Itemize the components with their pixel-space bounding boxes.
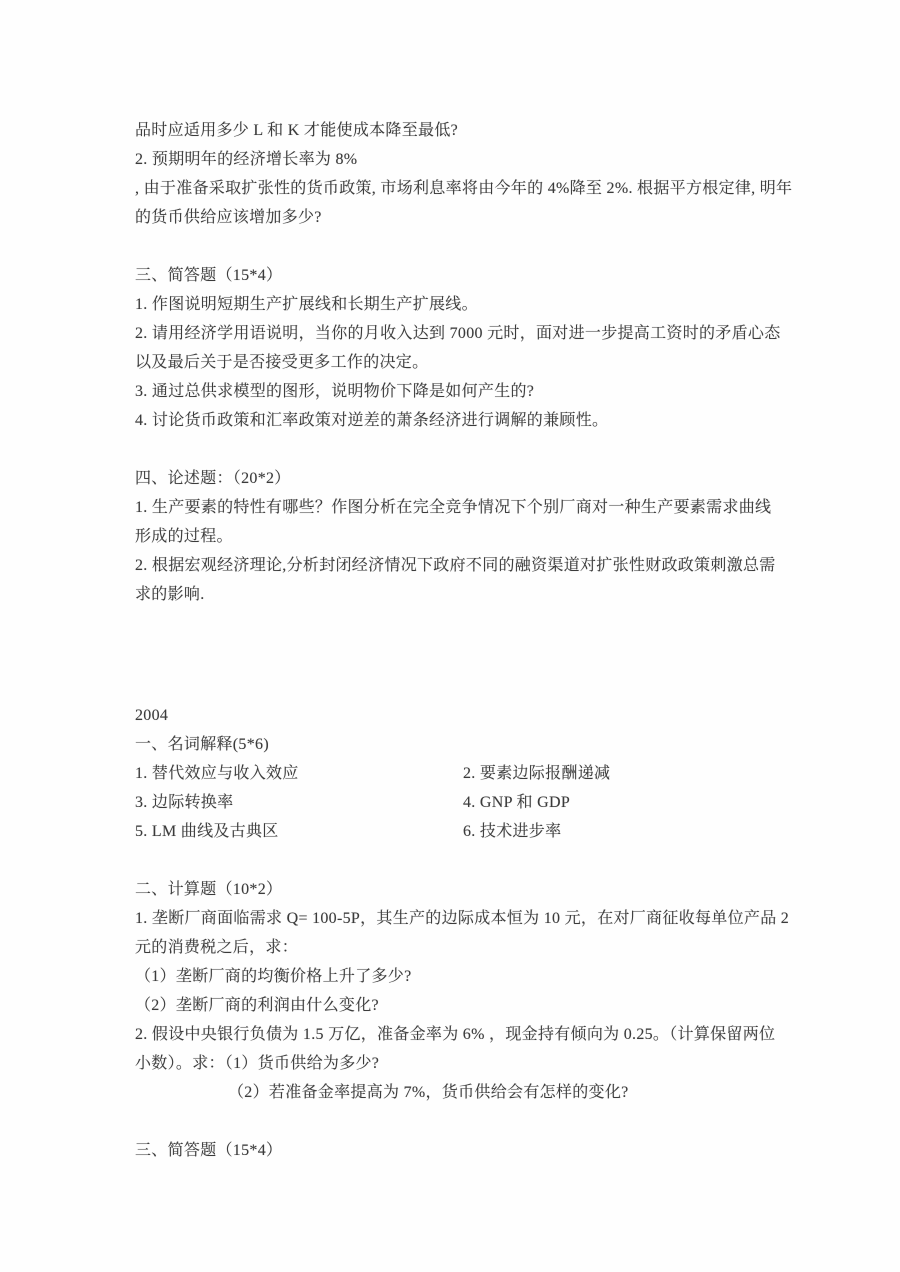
calc2004-q1-line1: 1. 垄断厂商面临需求 Q= 100-5P，其生产的边际成本恒为 10 元，在对… (135, 904, 783, 933)
terms-row2: 3. 边际转换率4. GNP 和 GDP (135, 788, 783, 817)
terms-item-1: 1. 替代效应与收入效应 (135, 759, 463, 788)
terms-heading: 一、名词解释(5*6) (135, 730, 783, 759)
calc-question2-line2: , 由于准备采取扩张性的货币政策, 市场利息率将由今年的 4%降至 2%. 根据… (135, 174, 783, 203)
calc2004-q2-line2-sub1: 小数）。求：（1）货币供给为多少? (135, 1049, 783, 1078)
essay-prev-item1: 1. 生产要素的特性有哪些？作图分析在完全竞争情况下个别厂商对一种生产要素需求曲… (135, 493, 783, 522)
terms-row3: 5. LM 曲线及古典区6. 技术进步率 (135, 817, 783, 846)
short-answer-prev-item3: 3. 通过总供求模型的图形，说明物价下降是如何产生的? (135, 377, 783, 406)
terms-item-5: 5. LM 曲线及古典区 (135, 817, 463, 846)
calc2004-q2-sub2: （2）若准备金率提高为 7%，货币供给会有怎样的变化? (135, 1078, 783, 1107)
terms-item-3: 3. 边际转换率 (135, 788, 463, 817)
short-answer-prev-item2-cont: 以及最后关于是否接受更多工作的决定。 (135, 348, 783, 377)
terms-item-4: 4. GNP 和 GDP (463, 794, 570, 811)
calc-question2-line3: 的货币供给应该增加多少? (135, 203, 783, 232)
calc2004-heading: 二、计算题（10*2） (135, 875, 783, 904)
calc2004-q2-line1: 2. 假设中央银行负债为 1.5 万亿，准备金率为 6% ，现金持有倾向为 0.… (135, 1020, 783, 1049)
calc2004-q1-line2: 元的消费税之后，求： (135, 933, 783, 962)
short-answer-prev-item4: 4. 讨论货币政策和汇率政策对逆差的萧条经济进行调解的兼顾性。 (135, 406, 783, 435)
calc-question2-line1: 2. 预期明年的经济增长率为 8% (135, 145, 783, 174)
essay-prev-item1-cont: 形成的过程。 (135, 522, 783, 551)
essay-prev-item2: 2. 根据宏观经济理论,分析封闭经济情况下政府不同的融资渠道对扩张性财政政策刺激… (135, 551, 783, 580)
exam-page: 品时应适用多少 L 和 K 才能使成本降至最低? 2. 预期明年的经济增长率为 … (135, 116, 783, 1165)
short-answer-prev-heading: 三、简答题（15*4） (135, 261, 783, 290)
calc-question1-continuation: 品时应适用多少 L 和 K 才能使成本降至最低? (135, 116, 783, 145)
short-answer-2004-heading: 三、简答题（15*4） (135, 1136, 783, 1165)
calc2004-q1-sub1: （1）垄断厂商的均衡价格上升了多少? (135, 962, 783, 991)
year-label: 2004 (135, 701, 783, 730)
calc2004-q1-sub2: （2）垄断厂商的利润由什么变化? (135, 991, 783, 1020)
terms-row1: 1. 替代效应与收入效应2. 要素边际报酬递减 (135, 759, 783, 788)
terms-item-6: 6. 技术进步率 (463, 823, 561, 840)
essay-prev-item2-cont: 求的影响. (135, 580, 783, 609)
terms-item-2: 2. 要素边际报酬递减 (463, 765, 610, 782)
short-answer-prev-item2: 2. 请用经济学用语说明，当你的月收入达到 7000 元时，面对进一步提高工资时… (135, 319, 783, 348)
short-answer-prev-item1: 1. 作图说明短期生产扩展线和长期生产扩展线。 (135, 290, 783, 319)
essay-prev-heading: 四、论述题：（20*2） (135, 464, 783, 493)
